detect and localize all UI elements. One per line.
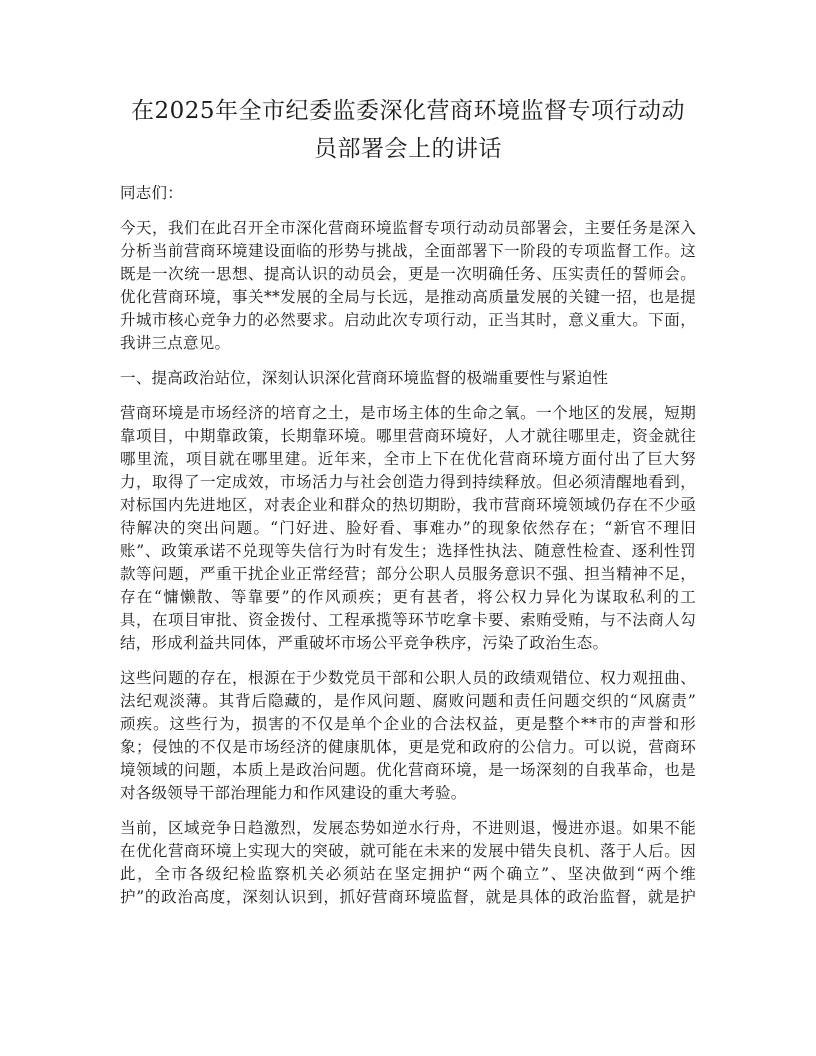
text-line: 营商环境是市场经济的培育之土，是市场主体的生命之氧。一个地区的发展，短期 [120, 402, 696, 425]
text-line: 分析当前营商环境建设面临的形势与挑战，全面部署下一阶段的专项监督工作。这 [120, 240, 696, 263]
salutation: 同志们： [120, 182, 696, 205]
text-line: 在优化营商环境上实现大的突破，就可能在未来的发展中错失良机、落于人后。因 [120, 840, 696, 863]
text-line: 靠项目，中期靠政策，长期靠环境。哪里营商环境好，人才就往哪里走，资金就往 [120, 425, 696, 448]
text-line: 升城市核心竞争力的必然要求。启动此次专项行动，正当其时，意义重大。下面， [120, 309, 696, 332]
text-line: 境领域的问题，本质上是政治问题。优化营商环境，是一场深刻的自我革命，也是 [120, 759, 696, 782]
section-heading: 一、提高政治站位，深刻认识深化营商环境监督的极端重要性与紧迫性 [120, 367, 696, 390]
body-paragraph: 这些问题的存在，根源在于少数党员干部和公职人员的政绩观错位、权力观扭曲、法纪观淡… [120, 667, 696, 805]
text-line: 今天，我们在此召开全市深化营商环境监督专项行动动员部署会，主要任务是深入 [120, 217, 696, 240]
body-paragraph: 今天，我们在此召开全市深化营商环境监督专项行动动员部署会，主要任务是深入分析当前… [120, 217, 696, 355]
text-line: 对各级领导干部治理能力和作风建设的重大考验。 [120, 782, 696, 805]
text-line: 款等问题，严重干扰企业正常经营；部分公职人员服务意识不强、担当精神不足， [120, 563, 696, 586]
text-line: 一、提高政治站位，深刻认识深化营商环境监督的极端重要性与紧迫性 [120, 367, 696, 390]
body-paragraph: 当前，区域竞争日趋激烈，发展态势如逆水行舟，不进则退，慢进亦退。如果不能在优化营… [120, 817, 696, 909]
title-line-2: 员部署会上的讲话 [100, 130, 716, 168]
body-paragraph: 营商环境是市场经济的培育之土，是市场主体的生命之氧。一个地区的发展，短期靠项目，… [120, 402, 696, 655]
text-line: 力，取得了一定成效，市场活力与社会创造力得到持续释放。但必须清醒地看到， [120, 471, 696, 494]
document-page: 在2025年全市纪委监委深化营商环境监督专项行动动 员部署会上的讲话 同志们： … [120, 92, 696, 921]
document-title: 在2025年全市纪委监委深化营商环境监督专项行动动 员部署会上的讲话 [100, 92, 716, 168]
text-line: 具，在项目审批、资金拨付、工程承揽等环节吃拿卡要、索贿受贿，与不法商人勾 [120, 609, 696, 632]
text-line: 结，形成利益共同体，严重破坏市场公平竞争秩序，污染了政治生态。 [120, 632, 696, 655]
text-line: 这些问题的存在，根源在于少数党员干部和公职人员的政绩观错位、权力观扭曲、 [120, 667, 696, 690]
text-line: 账”、政策承诺不兑现等失信行为时有发生；选择性执法、随意性检查、逐利性罚 [120, 540, 696, 563]
document-body: 今天，我们在此召开全市深化营商环境监督专项行动动员部署会，主要任务是深入分析当前… [120, 217, 696, 909]
text-line: 象；侵蚀的不仅是市场经济的健康肌体，更是党和政府的公信力。可以说，营商环 [120, 736, 696, 759]
text-line: 既是一次统一思想、提高认识的动员会，更是一次明确任务、压实责任的誓师会。 [120, 263, 696, 286]
text-line: 存在“慵懒散、等靠要”的作风顽疾；更有甚者，将公权力异化为谋取私利的工 [120, 586, 696, 609]
text-line: 我讲三点意见。 [120, 332, 696, 355]
text-line: 护”的政治高度，深刻认识到，抓好营商环境监督，就是具体的政治监督，就是护 [120, 886, 696, 909]
text-line: 此，全市各级纪检监察机关必须站在坚定拥护“两个确立”、坚决做到“两个维 [120, 863, 696, 886]
text-line: 待解决的突出问题。“门好进、脸好看、事难办”的现象依然存在；“新官不理旧 [120, 517, 696, 540]
title-line-1: 在2025年全市纪委监委深化营商环境监督专项行动动 [100, 92, 716, 130]
text-line: 对标国内先进地区，对表企业和群众的热切期盼，我市营商环境领域仍存在不少亟 [120, 494, 696, 517]
text-line: 当前，区域竞争日趋激烈，发展态势如逆水行舟，不进则退，慢进亦退。如果不能 [120, 817, 696, 840]
text-line: 哪里流，项目就在哪里建。近年来，全市上下在优化营商环境方面付出了巨大努 [120, 448, 696, 471]
text-line: 法纪观淡薄。其背后隐藏的，是作风问题、腐败问题和责任问题交织的“风腐责” [120, 690, 696, 713]
text-line: 优化营商环境，事关**发展的全局与长远，是推动高质量发展的关键一招，也是提 [120, 286, 696, 309]
text-line: 顽疾。这些行为，损害的不仅是单个企业的合法权益，更是整个**市的声誉和形 [120, 713, 696, 736]
